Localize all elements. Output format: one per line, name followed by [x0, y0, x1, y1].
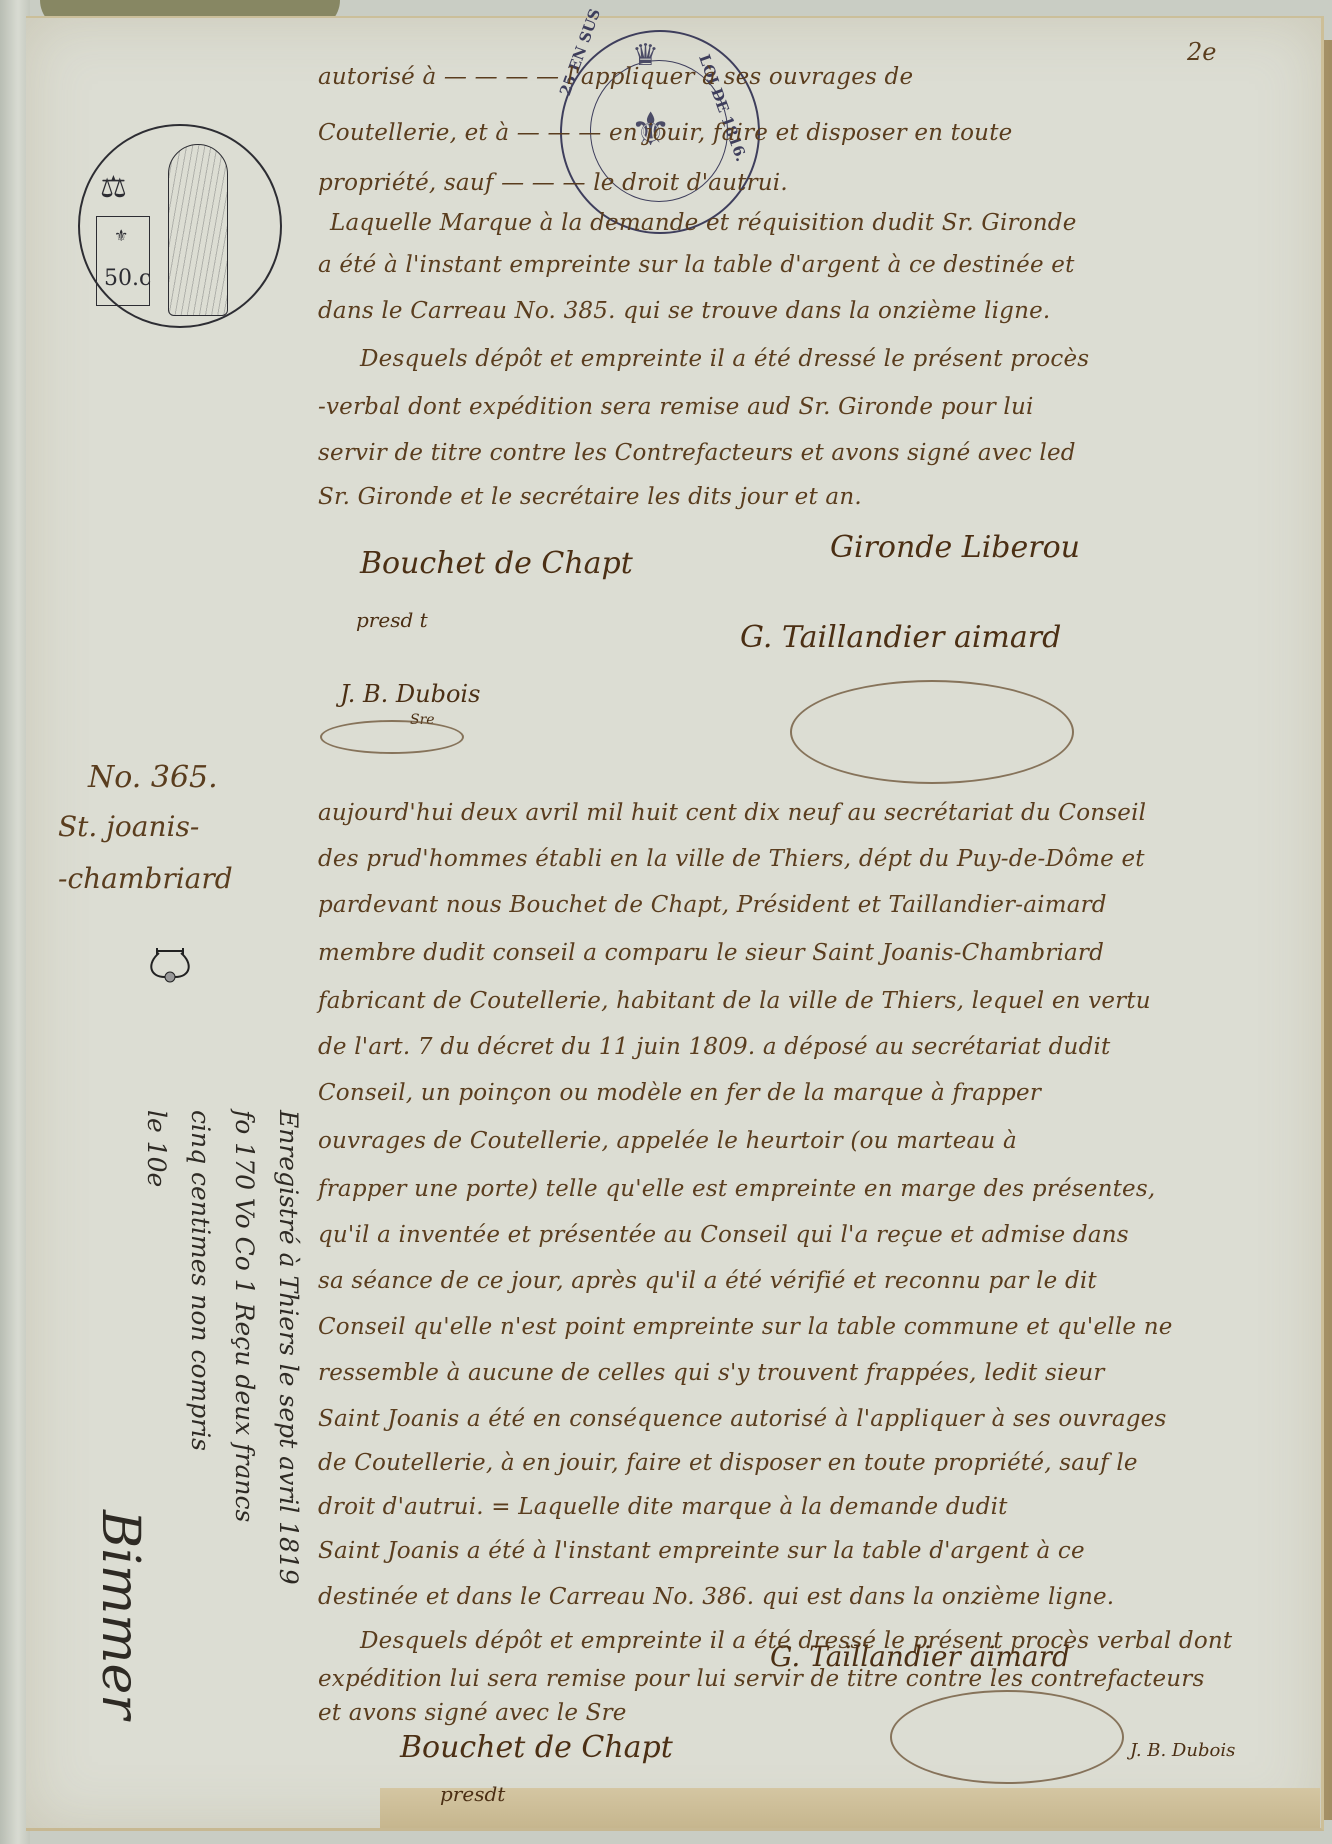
maker-name-line1: St. joanis- — [58, 810, 199, 843]
entry1-line: Coutellerie, et à — — — en jouir, faire … — [318, 120, 1012, 146]
entry2-line: Saint Joanis a été en conséquence autori… — [318, 1406, 1166, 1432]
justice-figure-icon — [168, 144, 228, 316]
fleur-de-lis-icon: ⚜ — [114, 226, 128, 245]
entry2-line: sa séance de ce jour, après qu'il a été … — [318, 1268, 1097, 1294]
entry2-line: frapper une porte) telle qu'elle est emp… — [318, 1176, 1155, 1202]
entry1-line: a été à l'instant empreinte sur la table… — [318, 252, 1075, 278]
entry1-line: Laquelle Marque à la demande et réquisit… — [330, 210, 1077, 236]
entry2-line: de l'art. 7 du décret du 11 juin 1809. a… — [318, 1034, 1111, 1060]
entry2-line: des prud'hommes établi en la ville de Th… — [318, 846, 1145, 872]
entry2-line: destinée et dans le Carreau No. 386. qui… — [318, 1584, 1114, 1610]
signature-member: G. Taillandier aimard — [770, 1640, 1070, 1673]
entry2-line: droit d'autrui. = Laquelle dite marque à… — [318, 1494, 1008, 1520]
folio-number: 2e — [1187, 38, 1216, 66]
entry2-line: et avons signé avec le Sre — [318, 1700, 627, 1726]
signature-secretary: J. B. Dubois — [1130, 1740, 1235, 1761]
signature-president: Bouchet de Chapt — [360, 546, 633, 581]
maker-name-line2: -chambriard — [58, 862, 233, 895]
entry2-line: pardevant nous Bouchet de Chapt, Préside… — [318, 892, 1107, 918]
president-title: presdt — [440, 1782, 505, 1806]
entry1-line: propriété, sauf — — — le droit d'autrui. — [318, 170, 788, 196]
signature-member: G. Taillandier aimard — [740, 620, 1061, 655]
signature-secretary: J. B. Dubois — [340, 680, 480, 708]
entry1-line: -verbal dont expédition sera remise aud … — [318, 394, 1034, 420]
entry2-line: aujourd'hui deux avril mil huit cent dix… — [318, 800, 1146, 826]
scales-icon: ⚖ — [100, 170, 127, 205]
entry2-line: fabricant de Coutellerie, habitant de la… — [318, 988, 1151, 1014]
entry2-line: de Coutellerie, à en jouir, faire et dis… — [318, 1450, 1138, 1476]
entry2-line: membre dudit conseil a comparu le sieur … — [318, 940, 1104, 966]
tax-stamp-justice: ⚖ ⚜ 50.c — [78, 124, 282, 328]
president-title: presd t — [356, 608, 428, 632]
registration-note-rotated: Enregistré à Thiers le sept avril 1819 f… — [134, 1110, 310, 1585]
entry2-line: qu'il a inventée et présentée au Conseil… — [318, 1222, 1129, 1248]
registration-signature: Bimmer — [90, 1510, 150, 1719]
registration-line: cinq centimes non compris — [178, 1110, 222, 1585]
signature-party: Gironde Liberou — [830, 530, 1080, 565]
page-bottom-edge — [380, 1788, 1320, 1828]
marginal-registration-note: Enregistré à Thiers le sept avril 1819 f… — [40, 1110, 340, 1830]
signature-flourish — [320, 720, 464, 754]
entry2-line: Conseil qu'elle n'est point empreinte su… — [318, 1314, 1173, 1340]
entry1-line: Desquels dépôt et empreinte il a été dre… — [360, 346, 1089, 372]
registration-line: Enregistré à Thiers le sept avril 1819 — [266, 1110, 310, 1585]
entry1-line: autorisé à — — — — l'appliquer à ses ouv… — [318, 64, 913, 90]
signature-president: Bouchet de Chapt — [400, 1730, 673, 1765]
entry2-line: Conseil, un poinçon ou modèle en fer de … — [318, 1080, 1041, 1106]
door-knocker-mark-icon — [145, 947, 195, 983]
entry1-line: dans le Carreau No. 385. qui se trouve d… — [318, 298, 1050, 324]
entry1-line: Sr. Gironde et le secrétaire les dits jo… — [318, 484, 862, 510]
entry2-line: ouvrages de Coutellerie, appelée le heur… — [318, 1128, 1017, 1154]
entry2-line: expédition lui sera remise pour lui serv… — [318, 1666, 1204, 1692]
registration-line: fo 170 Vo Co 1 Reçu deux francs — [222, 1110, 266, 1585]
entry2-line: Saint Joanis a été à l'instant empreinte… — [318, 1538, 1085, 1564]
signature-flourish — [790, 680, 1074, 784]
entry-number: No. 365. — [88, 760, 218, 795]
stamp-value: 50.c — [104, 266, 151, 291]
entry1-line: servir de titre contre les Contrefacteur… — [318, 440, 1076, 466]
signature-flourish — [890, 1690, 1124, 1784]
entry2-line: ressemble à aucune de celles qui s'y tro… — [318, 1360, 1105, 1386]
